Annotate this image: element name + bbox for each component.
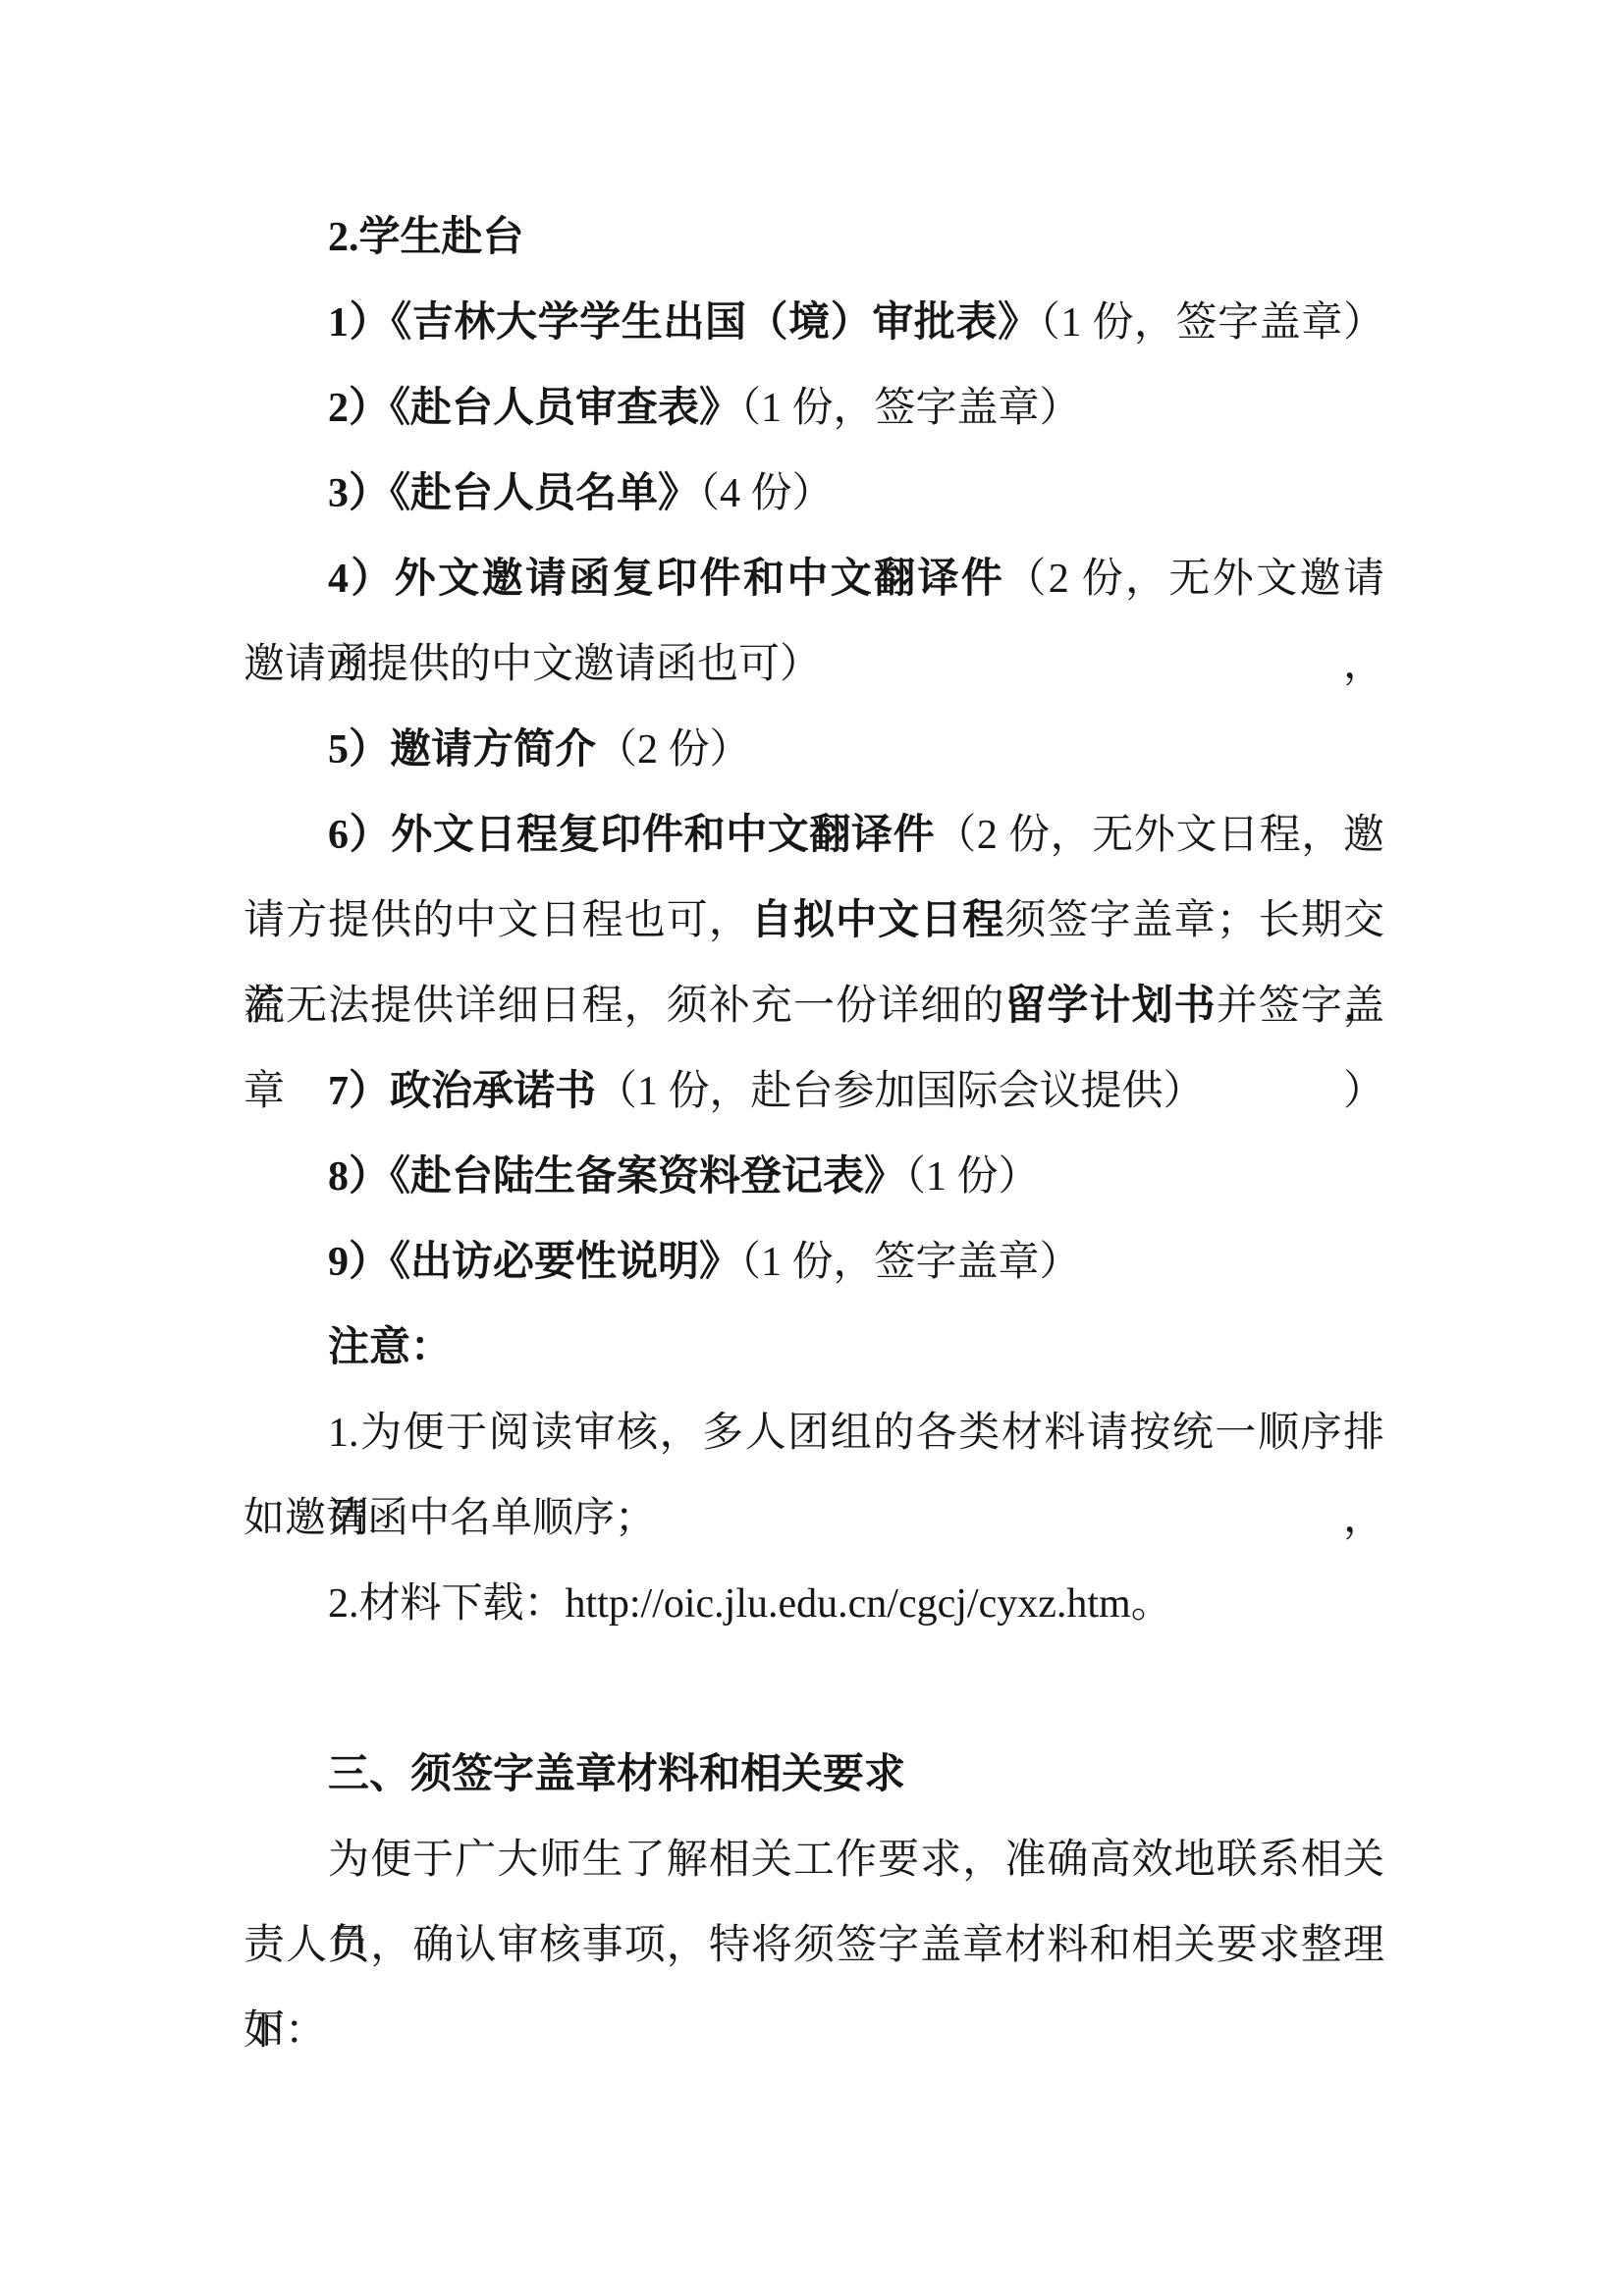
text-run: （1 份，签字盖章） [740,1240,1081,1285]
item-3-name-list: 3）《赴台人员名单》（4 份） [244,452,1384,537]
note-1-line-1: 1.为便于阅读审核，多人团组的各类材料请按统一顺序排列， [244,1391,1384,1476]
item-1-approval-form: 1）《吉林大学学生出国（境）审批表》（1 份，签字盖章） [244,281,1384,366]
text-run-bold: 3）《赴台人员名单》 [328,471,699,516]
text-run: 2.材料下载： [328,1581,566,1627]
text-run-bold: 9）《出访必要性说明》 [328,1240,740,1285]
heading-section-3-signature-seal-requirements: 三、须签字盖章材料和相关要求 [244,1733,1384,1818]
item-8-registration-form: 8）《赴台陆生备案资料登记表》（1 份） [244,1135,1384,1220]
note-2-download: 2.材料下载：http://oic.jlu.edu.cn/cgcj/cyxz.h… [244,1562,1384,1647]
text-run-bold: 2）《赴台人员审查表》 [328,386,740,431]
text-run-bold: 2.学生赴台 [328,215,524,260]
text-run: （4 份） [699,471,834,516]
section-3-paragraph-line-3: 下： [244,1989,1384,2074]
text-run-bold: 留学计划书 [1004,984,1216,1029]
section-3-paragraph-line-1: 为便于广大师生了解相关工作要求，准确高效地联系相关负 [244,1818,1384,1903]
text-run: 若无法提供详细日程，须补充一份详细的 [244,984,1004,1029]
item-6-schedule-line-3: 若无法提供详细日程，须补充一份详细的留学计划书并签字盖章） [244,964,1384,1049]
text-run-bold: 自拟中文日程 [751,898,1004,943]
text-run-bold: 5）邀请方简介 [328,727,596,773]
item-6-schedule-line-1: 6）外文日程复印件和中文翻译件（2 份，无外文日程，邀 [244,793,1384,879]
text-run-bold: 三、须签字盖章材料和相关要求 [328,1752,905,1797]
text-run: （2 份，无外文日程，邀 [935,813,1384,858]
document-page: 2.学生赴台 1）《吉林大学学生出国（境）审批表》（1 份，签字盖章） 2）《赴… [0,0,1624,2296]
text-run: 下： [244,2008,326,2054]
note-heading: 注意： [244,1306,1384,1391]
text-run-bold: 4）外文邀请函复印件和中文翻译件 [328,557,1004,602]
section-3-paragraph-line-2: 责人员，确认审核事项，特将须签字盖章材料和相关要求整理如 [244,1903,1384,1989]
text-run: （1 份，赴台参加国际会议提供） [596,1069,1205,1114]
text-run-bold: 6）外文日程复印件和中文翻译件 [328,813,935,858]
text-run: （1 份，签字盖章） [1040,300,1384,346]
text-run: （1 份，签字盖章） [740,386,1081,431]
text-run: （2 份） [596,727,751,773]
item-2-review-form: 2）《赴台人员审查表》（1 份，签字盖章） [244,366,1384,452]
text-run-bold: 注意： [328,1325,452,1370]
text-run: 请方提供的中文日程也可， [244,898,751,943]
text-run-bold: 1）《吉林大学学生出国（境）审批表》 [328,300,1040,346]
item-4-invitation-letter-line-1: 4）外文邀请函复印件和中文翻译件（2 份，无外文邀请函， [244,537,1384,622]
text-run-bold: 7）政治承诺书 [328,1069,596,1114]
text-run: 邀请方提供的中文邀请函也可） [244,642,821,687]
text-run: 如邀请函中名单顺序； [244,1496,656,1541]
item-6-schedule-line-2: 请方提供的中文日程也可，自拟中文日程须签字盖章；长期交流， [244,879,1384,964]
item-5-inviter-profile: 5）邀请方简介（2 份） [244,708,1384,793]
item-9-necessity-statement: 9）《出访必要性说明》（1 份，签字盖章） [244,1220,1384,1306]
heading-2-students-to-taiwan: 2.学生赴台 [244,195,1384,281]
text-run-bold: 8）《赴台陆生备案资料登记表》 [328,1154,905,1200]
blank-line [244,1647,1384,1733]
text-run: （1 份） [905,1154,1040,1200]
download-url: http://oic.jlu.edu.cn/cgcj/cyxz.htm。 [566,1581,1172,1627]
